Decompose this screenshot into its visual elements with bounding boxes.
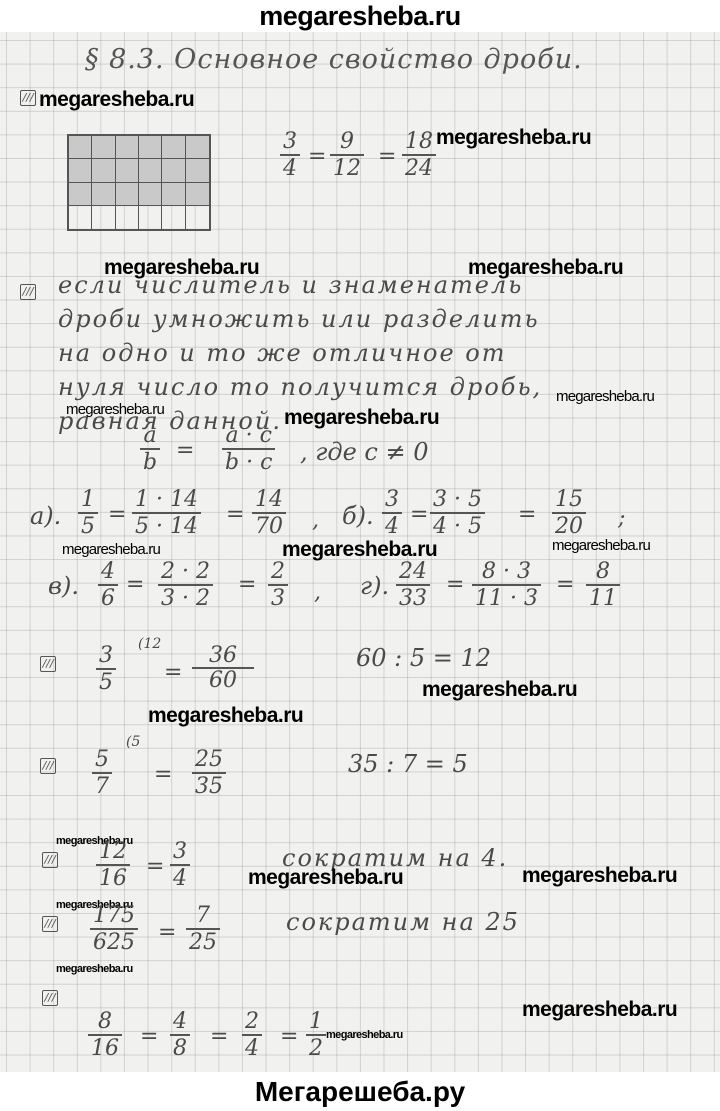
- grid-cell-shaded: [92, 136, 115, 159]
- fraction: 57: [92, 748, 112, 798]
- grid-cell-shaded: [139, 183, 162, 206]
- separator: ,: [314, 580, 321, 605]
- fraction: 34: [170, 840, 190, 890]
- grid-cell-shaded: [186, 159, 209, 182]
- fraction: 1216: [96, 840, 130, 890]
- watermark: megaresheba.ru: [422, 678, 577, 702]
- equals-sign: =: [556, 572, 574, 597]
- separator: ;: [618, 506, 625, 531]
- grid-cell-shaded: [162, 183, 185, 206]
- grid-cell-shaded: [162, 136, 185, 159]
- item-label: б).: [342, 502, 374, 530]
- grid-cell-empty: [139, 206, 162, 229]
- grid-cell-empty: [92, 206, 115, 229]
- grid-cell-shaded: [162, 159, 185, 182]
- equals-sign: =: [210, 1024, 228, 1049]
- fraction: 3660: [206, 644, 240, 692]
- task-marker-icon: ///: [40, 758, 56, 774]
- grid-cell-shaded: [186, 183, 209, 206]
- equals-sign: =: [308, 144, 326, 169]
- grid-cell-shaded: [69, 183, 92, 206]
- equals-sign: =: [378, 144, 396, 169]
- fraction: 912: [330, 130, 364, 180]
- rule-line: нуля число то получится дробь,: [58, 370, 542, 404]
- watermark-bottom-banner: Мегарешеба.ру: [0, 1072, 720, 1111]
- grid-cell-empty: [116, 206, 139, 229]
- fraction: 34: [280, 130, 300, 180]
- calculation-note: 35 : 7 = 5: [348, 750, 468, 778]
- task-marker-icon: ///: [42, 852, 58, 868]
- grid-cell-shaded: [116, 183, 139, 206]
- fraction: 3 · 54 · 5: [430, 488, 485, 538]
- fraction: 2535: [192, 748, 226, 798]
- fraction: 725: [186, 904, 220, 954]
- task-marker-icon: ///: [40, 656, 56, 672]
- grid-cell-shaded: [69, 136, 92, 159]
- equals-sign: =: [158, 920, 176, 945]
- fraction: 2433: [396, 560, 430, 610]
- fraction: 35: [96, 644, 116, 694]
- grid-cell-empty: [186, 206, 209, 229]
- task-marker-icon: ///: [42, 916, 58, 932]
- fraction: 816: [88, 1010, 122, 1060]
- fraction: 2 · 23 · 2: [158, 560, 213, 610]
- multiplier: 12: [143, 636, 161, 652]
- rule-line: дроби умножить или разделить: [58, 302, 542, 336]
- grid-cell-shaded: [186, 136, 209, 159]
- equals-sign: =: [108, 502, 126, 527]
- equals-sign: =: [146, 854, 164, 879]
- calculation-note: 60 : 5 = 12: [356, 644, 491, 672]
- fraction: 1 · 145 · 14: [132, 488, 201, 538]
- calculation-note: сократим на 25: [286, 908, 520, 936]
- rule-line: если числитель и знаменатель: [58, 268, 542, 302]
- grid-cell-shaded: [139, 159, 162, 182]
- watermark: megaresheba.ru: [436, 126, 591, 150]
- grid-cell-shaded: [92, 159, 115, 182]
- grid-cell-shaded: [139, 136, 162, 159]
- watermark: megaresheba.ru: [148, 704, 303, 728]
- item-label: в).: [48, 572, 79, 600]
- grid-cell-shaded: [116, 136, 139, 159]
- grid-cell-shaded: [69, 159, 92, 182]
- watermark: megaresheba.ru: [62, 541, 160, 558]
- equals-sign: =: [226, 502, 244, 527]
- formula-lhs: ab: [140, 424, 160, 474]
- fraction: 175625: [90, 904, 138, 954]
- watermark: megaresheba.ru: [284, 406, 439, 430]
- grid-cell-shaded: [116, 159, 139, 182]
- fraction: 1520: [552, 488, 586, 538]
- watermark: megaresheba.ru: [522, 864, 677, 888]
- equals-sign: =: [154, 762, 172, 787]
- watermark: megaresheba.ru: [552, 537, 650, 554]
- task-marker-icon: ///: [20, 90, 36, 106]
- rule-line: на одно и то же отличное от: [58, 336, 542, 370]
- fraction: 24: [242, 1010, 262, 1060]
- watermark: megaresheba.ru: [248, 866, 403, 890]
- separator: ,: [312, 508, 319, 533]
- item-label: а).: [30, 502, 61, 530]
- fraction: 23: [268, 560, 288, 610]
- equals-sign: =: [164, 660, 182, 685]
- fraction: 1824: [402, 130, 436, 180]
- fraction: 811: [586, 560, 620, 610]
- equals-sign: =: [126, 572, 144, 597]
- equals-sign: =: [410, 502, 428, 527]
- grid-cell-empty: [162, 206, 185, 229]
- watermark: megaresheba.ru: [56, 963, 133, 975]
- watermark: megaresheba.ru: [39, 88, 194, 112]
- multiplier-mark: (12: [138, 636, 161, 652]
- equals-sign: =: [518, 502, 536, 527]
- watermark: megaresheba.ru: [66, 401, 164, 418]
- multiplier-mark: (5: [126, 734, 140, 750]
- equals-sign: =: [280, 1024, 298, 1049]
- task-marker-icon: ///: [20, 284, 36, 300]
- item-label: г).: [360, 572, 389, 600]
- watermark: megaresheba.ru: [326, 1029, 403, 1041]
- task-marker-icon: ///: [42, 990, 58, 1006]
- watermark-top-banner: megaresheba.ru: [0, 0, 720, 32]
- fraction: 34: [382, 488, 402, 538]
- formula-rhs: a · cb · c: [222, 424, 275, 474]
- equals-sign: =: [446, 572, 464, 597]
- section-title: § 8.3. Основное свойство дроби.: [85, 44, 583, 75]
- formula-condition: , где c ≠ 0: [300, 438, 429, 466]
- notebook-page: § 8.3. Основное свойство дроби. /// mega…: [0, 32, 720, 1072]
- fraction: 12: [306, 1010, 326, 1060]
- fraction: 15: [78, 488, 98, 538]
- equals-sign: =: [140, 1024, 158, 1049]
- fraction: 48: [170, 1010, 190, 1060]
- equals-sign: =: [176, 438, 194, 463]
- multiplier: 5: [131, 734, 140, 750]
- grid-cell-shaded: [92, 183, 115, 206]
- watermark: megaresheba.ru: [556, 388, 654, 405]
- equals-sign: =: [238, 572, 256, 597]
- fraction-grid-figure: [67, 134, 211, 231]
- fraction: 46: [98, 560, 118, 610]
- watermark: megaresheba.ru: [522, 998, 677, 1022]
- fraction: 8 · 311 · 3: [472, 560, 541, 610]
- fraction: 1470: [252, 488, 286, 538]
- grid-cell-empty: [69, 206, 92, 229]
